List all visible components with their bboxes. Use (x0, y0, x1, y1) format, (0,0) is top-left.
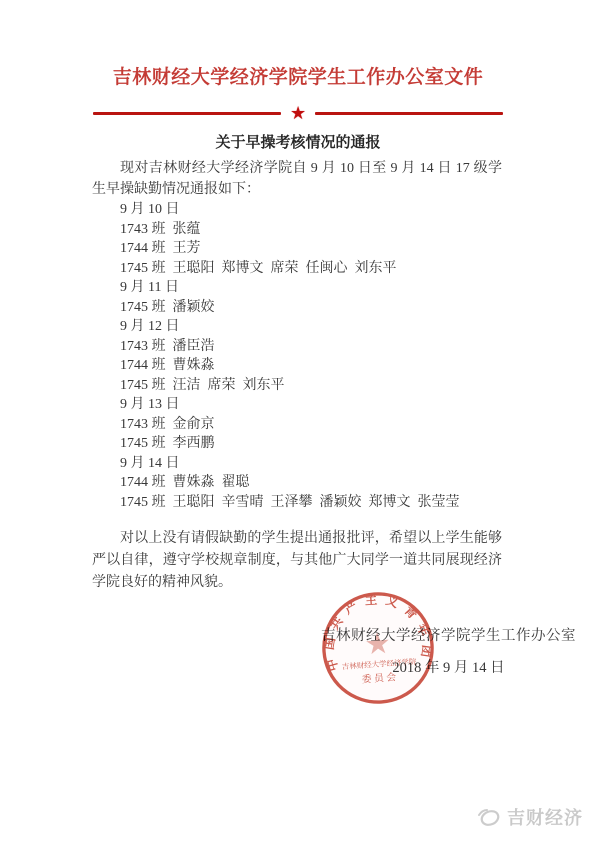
report-line: 1745 班 潘颖姣 (92, 298, 502, 318)
intro-paragraph: 现对吉林财经大学经济学院自 9 月 10 日至 9 月 14 日 17 级学生早… (92, 158, 502, 200)
report-line: 1743 班 金俞京 (92, 415, 502, 435)
report-line: 1745 班 王聪阳 辛雪晴 王泽攀 潘颖姣 郑博文 张莹莹 (92, 493, 502, 513)
youth-league-seal-icon: 中国共产主义青年团 吉林财经大学经济学院 委员会 (315, 585, 441, 711)
document-page: 吉林财经大学经济学院学生工作办公室文件 ★ 关于早操考核情况的通报 现对吉林财经… (0, 0, 596, 842)
report-line: 1745 班 王聪阳 郑博文 席荣 任闽心 刘东平 (92, 259, 502, 279)
report-line: 1745 班 李西鹏 (92, 434, 502, 454)
official-seal: 中国共产主义青年团 吉林财经大学经济学院 委员会 (315, 585, 441, 711)
report-line: 9 月 14 日 (92, 454, 502, 474)
report-line: 1744 班 曹姝淼 (92, 356, 502, 376)
absence-report-list: 9 月 10 日 1743 班 张蕴 1744 班 王芳 1745 班 王聪阳 … (92, 200, 502, 512)
letterhead-title: 吉林财经大学经济学院学生工作办公室文件 (0, 62, 596, 89)
star-icon: ★ (290, 104, 306, 122)
divider-line-left (93, 112, 281, 115)
report-line: 9 月 11 日 (92, 278, 502, 298)
brand-logo-icon (476, 805, 502, 829)
report-line: 1744 班 曹姝淼 翟聪 (92, 473, 502, 493)
report-line: 9 月 12 日 (92, 317, 502, 337)
page-title: 关于早操考核情况的通报 (0, 131, 596, 152)
report-line: 1745 班 汪洁 席荣 刘东平 (92, 376, 502, 396)
brand-watermark: 吉财经济 (476, 804, 583, 830)
closing-paragraph: 对以上没有请假缺勤的学生提出通报批评，希望以上学生能够严以自律，遵守学校规章制度… (92, 528, 502, 594)
report-line: 1743 班 张蕴 (92, 220, 502, 240)
brand-watermark-label: 吉财经济 (507, 804, 583, 830)
letterhead-divider: ★ (93, 104, 503, 122)
report-line: 9 月 10 日 (92, 200, 502, 220)
report-line: 1743 班 潘臣浩 (92, 337, 502, 357)
document-body: 现对吉林财经大学经济学院自 9 月 10 日至 9 月 14 日 17 级学生早… (92, 158, 502, 594)
report-line: 1744 班 王芳 (92, 239, 502, 259)
divider-line-right (315, 112, 503, 115)
report-line: 9 月 13 日 (92, 395, 502, 415)
